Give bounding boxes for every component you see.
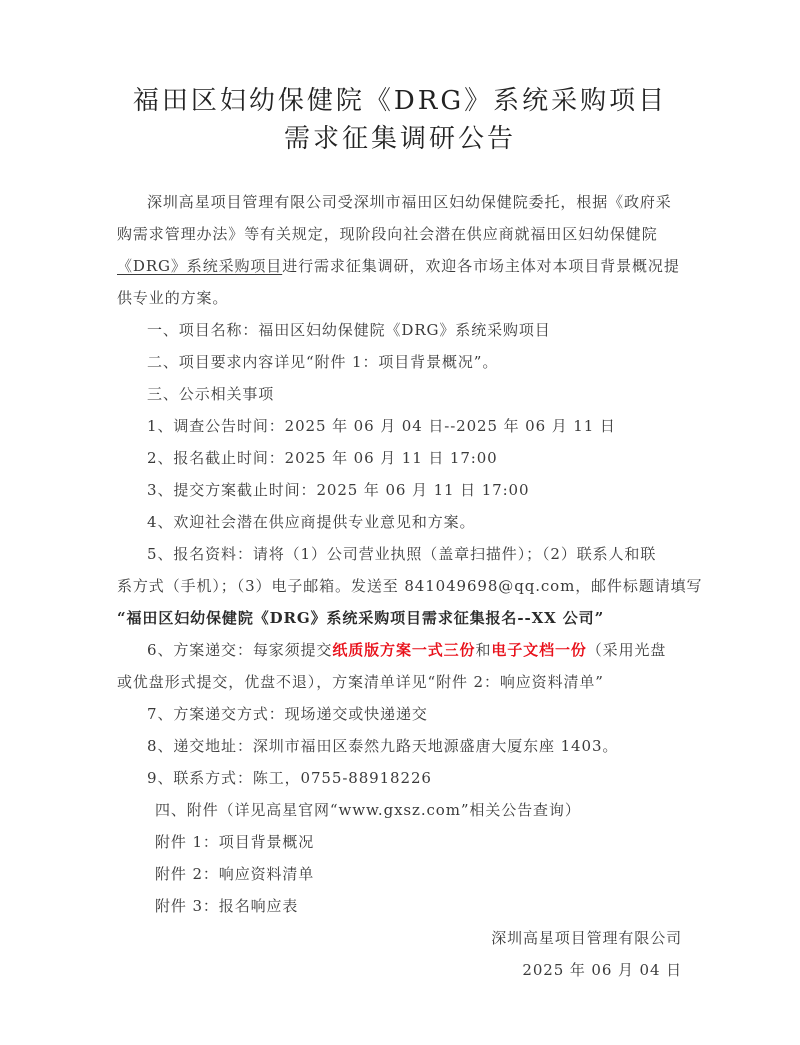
item-registration-materials-line2: 系方式（手机）；（3）电子邮箱。发送至 841049698@qq.com，邮件标… bbox=[117, 576, 687, 596]
document-title-line2: 需求征集调研公告 bbox=[0, 118, 800, 155]
item-submission-line1: 6、方案递交：每家须提交纸质版方案一式三份和电子文档一份（采用光盘 bbox=[147, 640, 717, 660]
item-submission-deadline: 3、提交方案截止时间：2025 年 06 月 11 日 17:00 bbox=[147, 480, 717, 500]
intro-line3-rest: 进行需求征集调研，欢迎各市场主体对本项目背景概况提 bbox=[282, 257, 680, 275]
submission-and: 和 bbox=[475, 641, 491, 659]
signature-company: 深圳高星项目管理有限公司 bbox=[491, 928, 682, 948]
electronic-copy-highlight: 电子文档一份 bbox=[491, 641, 586, 659]
attachment-2: 附件 2：响应资料清单 bbox=[155, 864, 725, 884]
intro-paragraph-line1: 深圳高星项目管理有限公司受深圳市福田区妇幼保健院委托，根据《政府采 bbox=[147, 192, 717, 212]
item-registration-materials-line1: 5、报名资料：请将（1）公司营业执照（盖章扫描件）；（2）联系人和联 bbox=[147, 544, 717, 564]
item-submission-line2: 或优盘形式提交，优盘不退），方案清单详见“附件 2：响应资料清单” bbox=[117, 672, 687, 692]
item-welcome-suppliers: 4、欢迎社会潜在供应商提供专业意见和方案。 bbox=[147, 512, 717, 532]
item-email-subject: “福田区妇幼保健院《DRG》系统采购项目需求征集报名--XX 公司” bbox=[117, 608, 687, 628]
paper-copies-highlight: 纸质版方案一式三份 bbox=[332, 641, 475, 659]
attachment-1: 附件 1：项目背景概况 bbox=[155, 832, 725, 852]
project-name-underlined: 《DRG》系统采购项目 bbox=[117, 257, 282, 275]
item-submission-address: 8、递交地址：深圳市福田区泰然九路天地源盛唐大厦东座 1403。 bbox=[147, 736, 717, 756]
signature-date: 2025 年 06 月 04 日 bbox=[522, 960, 682, 980]
document-title-line1: 福田区妇幼保健院《DRG》系统采购项目 bbox=[0, 80, 800, 117]
submission-prefix: 6、方案递交：每家须提交 bbox=[147, 641, 332, 659]
item-submission-method: 7、方案递交方式：现场递交或快递递交 bbox=[147, 704, 717, 724]
section-project-name: 一、项目名称：福田区妇幼保健院《DRG》系统采购项目 bbox=[147, 320, 717, 340]
intro-paragraph-line4: 供专业的方案。 bbox=[117, 288, 687, 308]
item-survey-period: 1、调查公告时间：2025 年 06 月 04 日--2025 年 06 月 1… bbox=[147, 416, 717, 436]
intro-paragraph-line3: 《DRG》系统采购项目进行需求征集调研，欢迎各市场主体对本项目背景概况提 bbox=[117, 256, 687, 276]
intro-paragraph-line2: 购需求管理办法》等有关规定，现阶段向社会潜在供应商就福田区妇幼保健院 bbox=[117, 224, 687, 244]
attachments-heading: 四、附件（详见高星官网“www.gxsz.com”相关公告查询） bbox=[155, 800, 725, 820]
item-registration-deadline: 2、报名截止时间：2025 年 06 月 11 日 17:00 bbox=[147, 448, 717, 468]
attachment-3: 附件 3：报名响应表 bbox=[155, 896, 725, 916]
section-notice-matters: 三、公示相关事项 bbox=[147, 384, 717, 404]
submission-suffix: （采用光盘 bbox=[587, 641, 667, 659]
item-contact: 9、联系方式：陈工，0755-88918226 bbox=[147, 768, 717, 788]
section-requirements: 二、项目要求内容详见“附件 1：项目背景概况”。 bbox=[147, 352, 717, 372]
